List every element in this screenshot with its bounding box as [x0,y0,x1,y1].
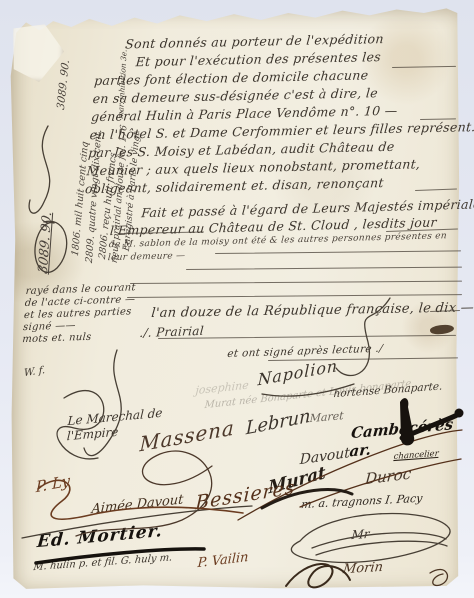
margin-attestation-note: rayé dans le courant de l'acte ci-contre… [22,282,137,346]
body-paragraph-1: Sont donnés au porteur de l'expédition E… [84,28,464,198]
signature-morin: Morin [342,560,384,577]
signature-oval-paraph: Mr [351,527,370,542]
scanned-manuscript-photo: mar. inhibition 3e. Enregistré à Paris l… [0,0,474,598]
